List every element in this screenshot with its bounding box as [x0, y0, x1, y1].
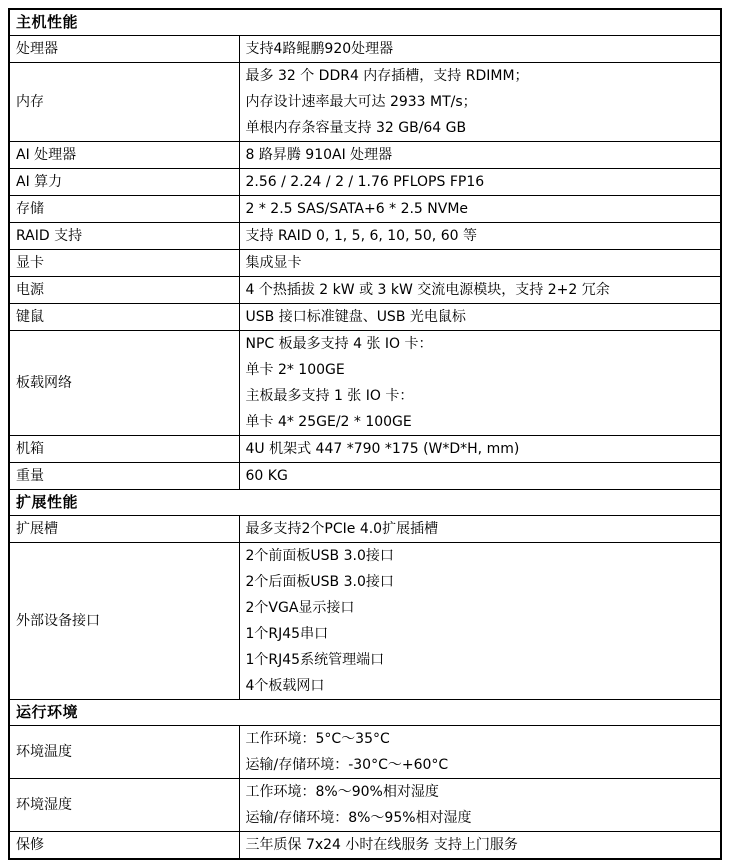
table-row: 保修三年质保 7x24 小时在线服务 支持上门服务	[9, 832, 721, 860]
spec-value-line: 8 路昇腾 910AI 处理器	[246, 142, 715, 168]
spec-value-line: 60 KG	[246, 463, 715, 489]
spec-key-cell: 板载网络	[9, 331, 239, 436]
spec-key-cell: 外部设备接口	[9, 543, 239, 700]
section-row: 扩展性能	[9, 490, 721, 516]
section-header: 扩展性能	[9, 490, 721, 516]
spec-value-line: 4 个热插拔 2 kW 或 3 kW 交流电源模块，支持 2+2 冗余	[246, 277, 715, 303]
spec-value-line: 4个板载网口	[246, 673, 715, 699]
spec-value-cell: 工作环境：8%～90%相对湿度运输/存储环境：8%～95%相对湿度	[239, 779, 721, 832]
spec-value-cell: 2.56 / 2.24 / 2 / 1.76 PFLOPS FP16	[239, 169, 721, 196]
table-row: 扩展槽最多支持2个PCIe 4.0扩展插槽	[9, 516, 721, 543]
table-row: AI 处理器8 路昇腾 910AI 处理器	[9, 142, 721, 169]
spec-value-cell: 最多 32 个 DDR4 内存插槽，支持 RDIMM；内存设计速率最大可达 29…	[239, 63, 721, 142]
spec-key-cell: 电源	[9, 277, 239, 304]
spec-value-line: 三年质保 7x24 小时在线服务 支持上门服务	[246, 832, 715, 858]
spec-value-line: 集成显卡	[246, 250, 715, 276]
spec-value-cell: 支持 RAID 0, 1, 5, 6, 10, 50, 60 等	[239, 223, 721, 250]
table-row: 电源4 个热插拔 2 kW 或 3 kW 交流电源模块，支持 2+2 冗余	[9, 277, 721, 304]
table-row: 内存最多 32 个 DDR4 内存插槽，支持 RDIMM；内存设计速率最大可达 …	[9, 63, 721, 142]
spec-value-cell: 2 * 2.5 SAS/SATA+6 * 2.5 NVMe	[239, 196, 721, 223]
table-row: 键鼠USB 接口标准键盘、USB 光电鼠标	[9, 304, 721, 331]
spec-value-line: 主板最多支持 1 张 IO 卡：	[246, 383, 715, 409]
spec-key-cell: 环境湿度	[9, 779, 239, 832]
spec-value-line: 最多 32 个 DDR4 内存插槽，支持 RDIMM；	[246, 63, 715, 89]
spec-table-body: 主机性能处理器支持4路鲲鹏920处理器内存最多 32 个 DDR4 内存插槽，支…	[9, 9, 721, 859]
spec-key-cell: 扩展槽	[9, 516, 239, 543]
spec-value-line: 2个前面板USB 3.0接口	[246, 543, 715, 569]
spec-value-line: 支持4路鲲鹏920处理器	[246, 36, 715, 62]
table-row: 显卡集成显卡	[9, 250, 721, 277]
spec-value-line: 4U 机架式 447 *790 *175 (W*D*H, mm)	[246, 436, 715, 462]
spec-key-cell: 存储	[9, 196, 239, 223]
spec-value-cell: NPC 板最多支持 4 张 IO 卡：单卡 2* 100GE主板最多支持 1 张…	[239, 331, 721, 436]
spec-table: 主机性能处理器支持4路鲲鹏920处理器内存最多 32 个 DDR4 内存插槽，支…	[8, 8, 722, 860]
spec-value-line: 2个VGA显示接口	[246, 595, 715, 621]
spec-value-line: 最多支持2个PCIe 4.0扩展插槽	[246, 516, 715, 542]
spec-value-cell: 4U 机架式 447 *790 *175 (W*D*H, mm)	[239, 436, 721, 463]
spec-value-line: 1个RJ45串口	[246, 621, 715, 647]
spec-value-line: 运输/存储环境：-30°C～+60°C	[246, 752, 715, 778]
table-row: 机箱4U 机架式 447 *790 *175 (W*D*H, mm)	[9, 436, 721, 463]
table-row: 重量60 KG	[9, 463, 721, 490]
spec-key-cell: AI 算力	[9, 169, 239, 196]
table-row: 外部设备接口2个前面板USB 3.0接口2个后面板USB 3.0接口2个VGA显…	[9, 543, 721, 700]
spec-key-cell: 重量	[9, 463, 239, 490]
spec-value-line: 支持 RAID 0, 1, 5, 6, 10, 50, 60 等	[246, 223, 715, 249]
section-header: 运行环境	[9, 700, 721, 726]
spec-value-line: USB 接口标准键盘、USB 光电鼠标	[246, 304, 715, 330]
spec-value-cell: 4 个热插拔 2 kW 或 3 kW 交流电源模块，支持 2+2 冗余	[239, 277, 721, 304]
spec-value-cell: 三年质保 7x24 小时在线服务 支持上门服务	[239, 832, 721, 860]
spec-value-cell: 工作环境：5°C～35°C运输/存储环境：-30°C～+60°C	[239, 726, 721, 779]
spec-value-cell: 集成显卡	[239, 250, 721, 277]
section-row: 主机性能	[9, 9, 721, 36]
table-row: 环境湿度工作环境：8%～90%相对湿度运输/存储环境：8%～95%相对湿度	[9, 779, 721, 832]
table-row: 环境温度工作环境：5°C～35°C运输/存储环境：-30°C～+60°C	[9, 726, 721, 779]
spec-value-line: 单根内存条容量支持 32 GB/64 GB	[246, 115, 715, 141]
section-header: 主机性能	[9, 9, 721, 36]
spec-value-cell: USB 接口标准键盘、USB 光电鼠标	[239, 304, 721, 331]
spec-value-cell: 2个前面板USB 3.0接口2个后面板USB 3.0接口2个VGA显示接口1个R…	[239, 543, 721, 700]
table-row: AI 算力2.56 / 2.24 / 2 / 1.76 PFLOPS FP16	[9, 169, 721, 196]
table-row: RAID 支持支持 RAID 0, 1, 5, 6, 10, 50, 60 等	[9, 223, 721, 250]
spec-value-line: 工作环境：5°C～35°C	[246, 726, 715, 752]
table-row: 处理器支持4路鲲鹏920处理器	[9, 36, 721, 63]
spec-value-line: 单卡 4* 25GE/2 * 100GE	[246, 409, 715, 435]
spec-value-line: 2 * 2.5 SAS/SATA+6 * 2.5 NVMe	[246, 196, 715, 222]
spec-value-line: 工作环境：8%～90%相对湿度	[246, 779, 715, 805]
spec-value-line: 运输/存储环境：8%～95%相对湿度	[246, 805, 715, 831]
table-row: 板载网络NPC 板最多支持 4 张 IO 卡：单卡 2* 100GE主板最多支持…	[9, 331, 721, 436]
spec-sheet: 主机性能处理器支持4路鲲鹏920处理器内存最多 32 个 DDR4 内存插槽，支…	[0, 0, 733, 860]
spec-key-cell: 键鼠	[9, 304, 239, 331]
section-row: 运行环境	[9, 700, 721, 726]
spec-key-cell: 处理器	[9, 36, 239, 63]
spec-key-cell: 内存	[9, 63, 239, 142]
spec-value-cell: 支持4路鲲鹏920处理器	[239, 36, 721, 63]
spec-key-cell: 保修	[9, 832, 239, 860]
spec-value-line: 单卡 2* 100GE	[246, 357, 715, 383]
spec-key-cell: 环境温度	[9, 726, 239, 779]
spec-key-cell: AI 处理器	[9, 142, 239, 169]
spec-value-cell: 最多支持2个PCIe 4.0扩展插槽	[239, 516, 721, 543]
spec-value-line: 内存设计速率最大可达 2933 MT/s；	[246, 89, 715, 115]
spec-key-cell: 显卡	[9, 250, 239, 277]
spec-value-line: 2.56 / 2.24 / 2 / 1.76 PFLOPS FP16	[246, 169, 715, 195]
spec-value-line: 1个RJ45系统管理端口	[246, 647, 715, 673]
table-row: 存储2 * 2.5 SAS/SATA+6 * 2.5 NVMe	[9, 196, 721, 223]
spec-value-line: 2个后面板USB 3.0接口	[246, 569, 715, 595]
spec-value-cell: 60 KG	[239, 463, 721, 490]
spec-value-cell: 8 路昇腾 910AI 处理器	[239, 142, 721, 169]
spec-key-cell: RAID 支持	[9, 223, 239, 250]
spec-key-cell: 机箱	[9, 436, 239, 463]
spec-value-line: NPC 板最多支持 4 张 IO 卡：	[246, 331, 715, 357]
